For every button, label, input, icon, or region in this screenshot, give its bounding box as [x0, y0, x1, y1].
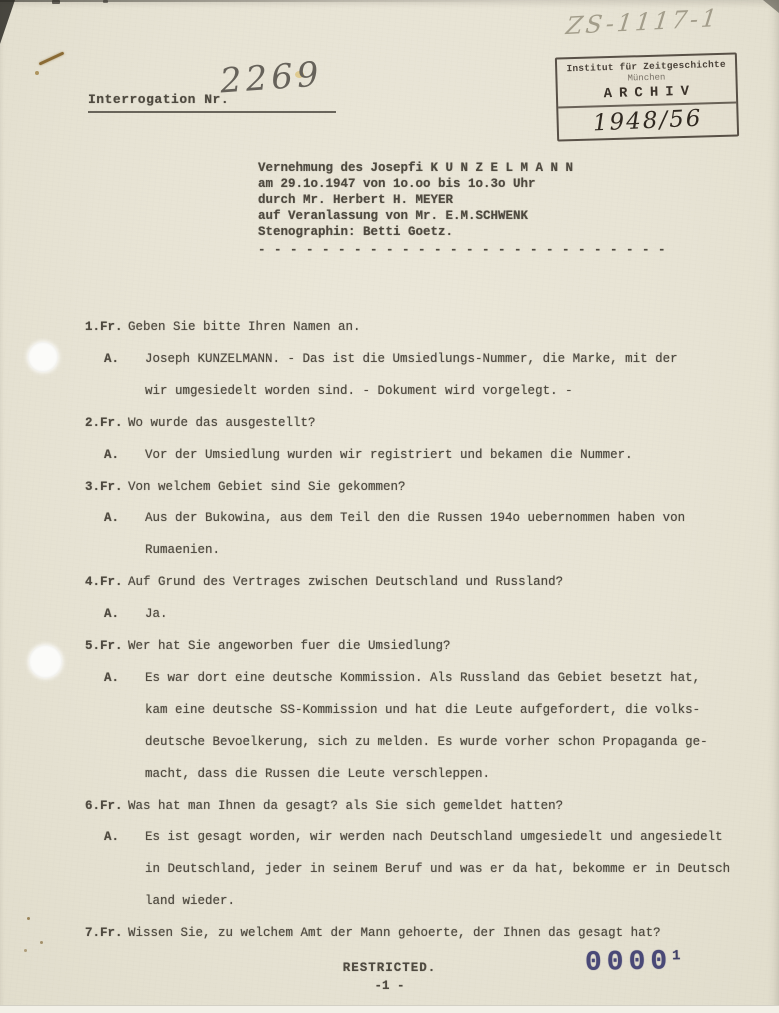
- line-text: Vor der Umsiedlung wurden wir registrier…: [145, 448, 633, 462]
- answer-line: A.Aus der Bukowina, aus dem Teil den die…: [0, 511, 779, 528]
- line-label: A.: [104, 830, 119, 844]
- answer-line: A.Vor der Umsiedlung wurden wir registri…: [0, 448, 779, 465]
- line-label: A.: [104, 671, 119, 685]
- line-text: Ja.: [145, 607, 168, 621]
- line-text: Es war dort eine deutsche Kommission. Al…: [145, 671, 700, 685]
- scanned-document-page: ZS-1117-1 2269 Interrogation Nr. Institu…: [0, 0, 779, 1013]
- answer-line: macht, dass die Russen die Leute verschl…: [0, 767, 779, 784]
- answer-line: wir umgesiedelt worden sind. - Dokument …: [0, 384, 779, 401]
- line-text: Von welchem Gebiet sind Sie gekommen?: [128, 480, 406, 494]
- stamp-zeros: 0000: [585, 946, 673, 979]
- line-label: A.: [104, 352, 119, 366]
- line-text: kam eine deutsche SS-Kommission und hat …: [145, 703, 700, 717]
- line-text: macht, dass die Russen die Leute verschl…: [145, 767, 490, 781]
- line-text: deutsche Bevoelkerung, sich zu melden. E…: [145, 735, 708, 749]
- question-line: 6.Fr.Was hat man Ihnen da gesagt? als Si…: [0, 799, 779, 816]
- line-text: Auf Grund des Vertrages zwischen Deutsch…: [128, 575, 563, 589]
- answer-line: land wieder.: [0, 894, 779, 911]
- stamp-superscript: 1: [672, 948, 681, 964]
- answer-line: A.Ja.: [0, 607, 779, 624]
- question-line: 3.Fr.Von welchem Gebiet sind Sie gekomme…: [0, 480, 779, 497]
- line-label: 5.Fr.: [85, 639, 123, 653]
- line-label: 6.Fr.: [85, 799, 123, 813]
- line-label: A.: [104, 607, 119, 621]
- line-text: Es ist gesagt worden, wir werden nach De…: [145, 830, 723, 844]
- line-label: 1.Fr.: [85, 320, 123, 334]
- line-label: A.: [104, 448, 119, 462]
- line-label: A.: [104, 511, 119, 525]
- line-label: 7.Fr.: [85, 926, 123, 940]
- answer-line: A.Es ist gesagt worden, wir werden nach …: [0, 830, 779, 847]
- answer-line: Rumaenien.: [0, 543, 779, 560]
- answer-line: kam eine deutsche SS-Kommission und hat …: [0, 703, 779, 720]
- line-text: Geben Sie bitte Ihren Namen an.: [128, 320, 361, 334]
- question-line: 1.Fr.Geben Sie bitte Ihren Namen an.: [0, 320, 779, 337]
- line-text: Was hat man Ihnen da gesagt? als Sie sic…: [128, 799, 563, 813]
- document-number-stamp: 00001: [585, 946, 681, 979]
- answer-line: in Deutschland, jeder in seinem Beruf un…: [0, 862, 779, 879]
- qa-transcript: 1.Fr.Geben Sie bitte Ihren Namen an.A.Jo…: [0, 0, 779, 1013]
- question-line: 4.Fr.Auf Grund des Vertrages zwischen De…: [0, 575, 779, 592]
- line-text: Joseph KUNZELMANN. - Das ist die Umsiedl…: [145, 352, 678, 366]
- line-label: 2.Fr.: [85, 416, 123, 430]
- line-label: 4.Fr.: [85, 575, 123, 589]
- answer-line: A.Joseph KUNZELMANN. - Das ist die Umsie…: [0, 352, 779, 369]
- question-line: 7.Fr.Wissen Sie, zu welchem Amt der Mann…: [0, 926, 779, 943]
- line-text: in Deutschland, jeder in seinem Beruf un…: [145, 862, 730, 876]
- line-text: Wo wurde das ausgestellt?: [128, 416, 316, 430]
- line-label: 3.Fr.: [85, 480, 123, 494]
- question-line: 5.Fr.Wer hat Sie angeworben fuer die Ums…: [0, 639, 779, 656]
- line-text: Wissen Sie, zu welchem Amt der Mann geho…: [128, 926, 661, 940]
- answer-line: deutsche Bevoelkerung, sich zu melden. E…: [0, 735, 779, 752]
- line-text: Wer hat Sie angeworben fuer die Umsiedlu…: [128, 639, 451, 653]
- line-text: land wieder.: [145, 894, 235, 908]
- line-text: Aus der Bukowina, aus dem Teil den die R…: [145, 511, 685, 525]
- line-text: wir umgesiedelt worden sind. - Dokument …: [145, 384, 573, 398]
- answer-line: A.Es war dort eine deutsche Kommission. …: [0, 671, 779, 688]
- line-text: Rumaenien.: [145, 543, 220, 557]
- question-line: 2.Fr.Wo wurde das ausgestellt?: [0, 416, 779, 433]
- page-number: -1 -: [0, 979, 779, 993]
